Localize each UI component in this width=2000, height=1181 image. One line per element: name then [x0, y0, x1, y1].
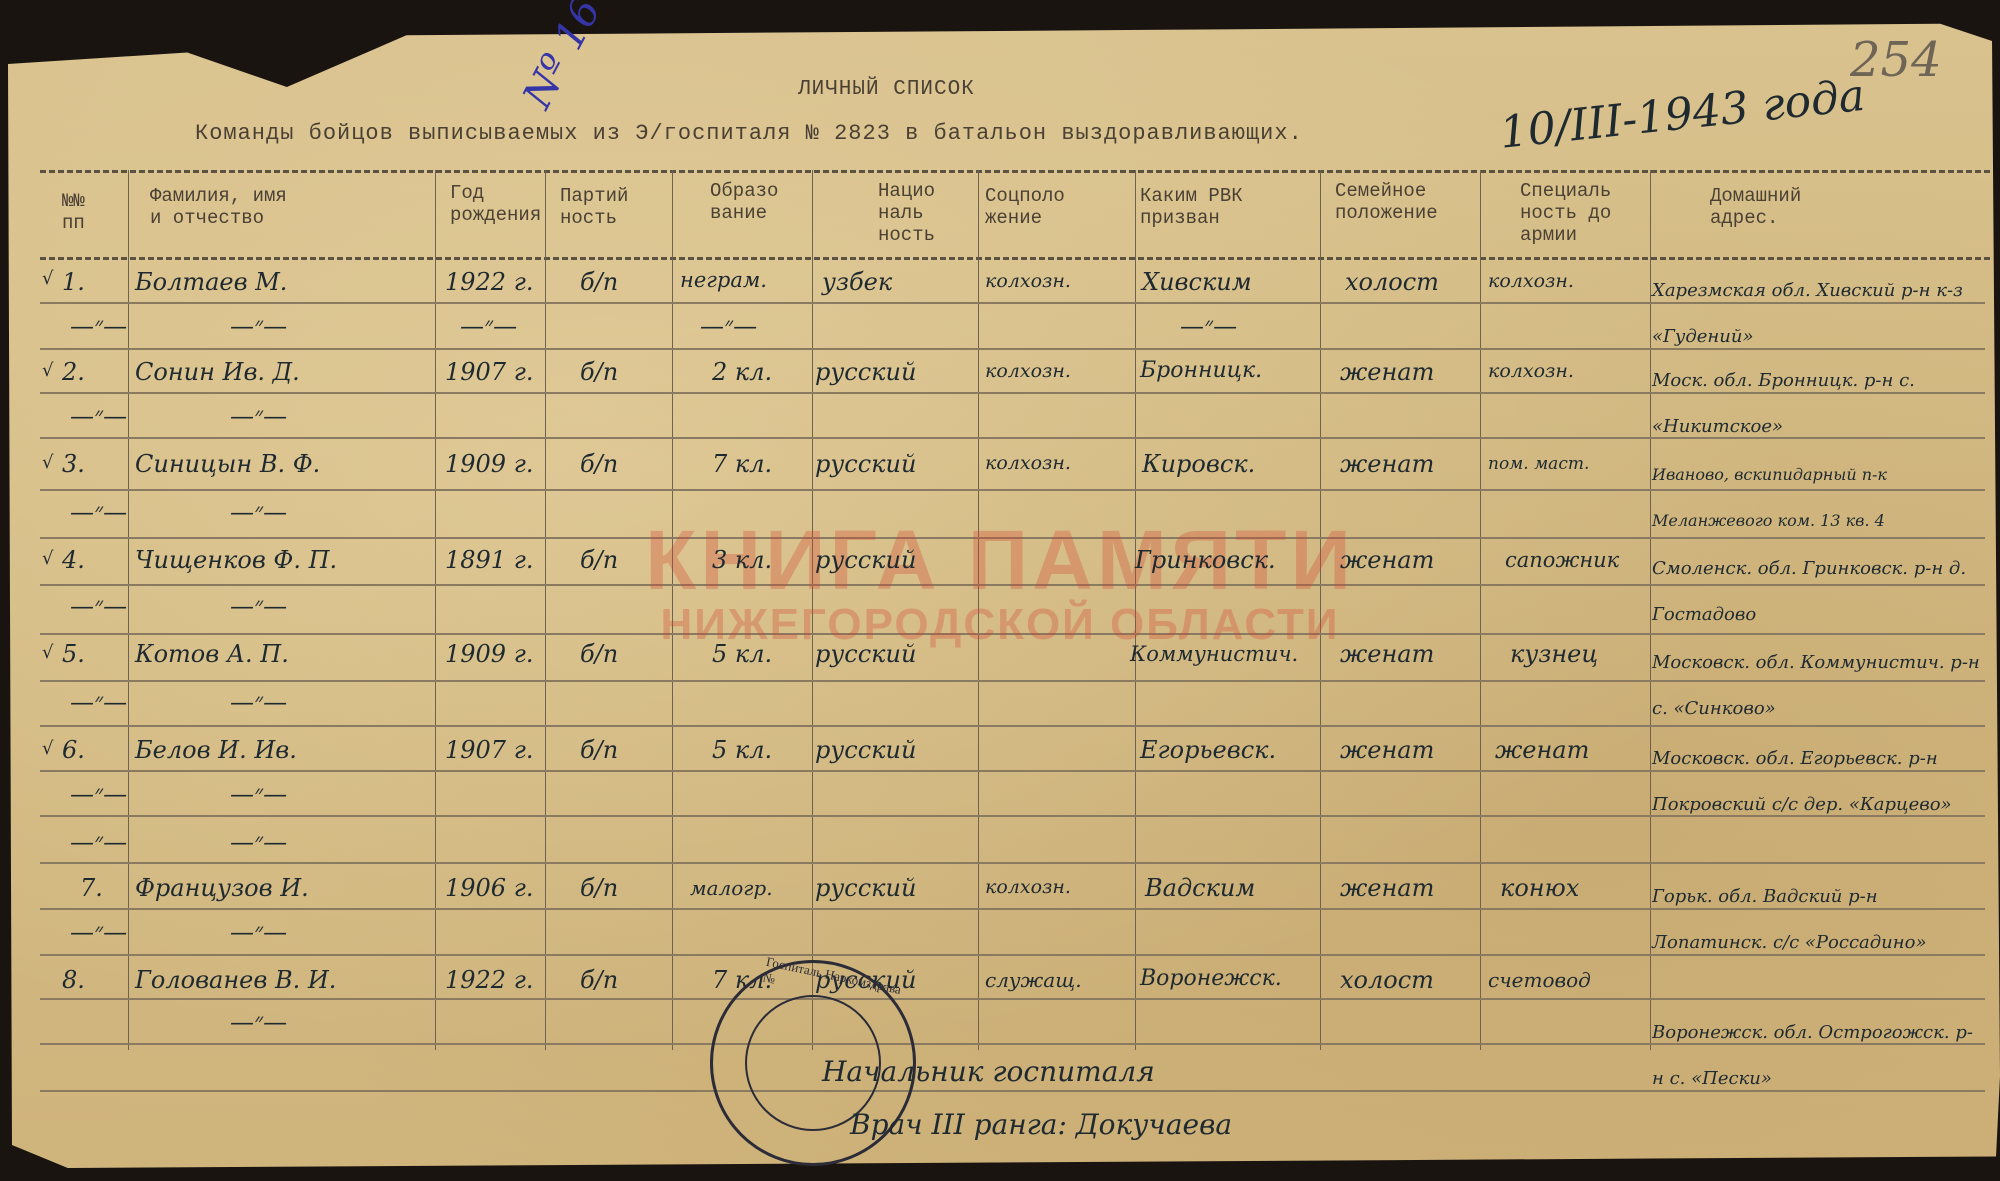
row-education: неграм. — [680, 268, 767, 292]
col-header-party: Партий ность — [560, 185, 628, 229]
row-line — [40, 998, 1985, 1000]
row-specialty: женат — [1495, 736, 1589, 764]
row-party: б/п — [580, 966, 618, 994]
row-number: 7. — [80, 874, 103, 902]
row-specialty: кузнец — [1510, 640, 1598, 668]
row-address: Московск. обл. Егорьевск. р-н Покровский… — [1652, 736, 1997, 828]
row-number: 6. — [62, 736, 85, 764]
row-name: Синицын В. Ф. — [135, 450, 320, 478]
ditto-mark: —״— — [700, 312, 757, 341]
row-rvk: Воронежск. — [1140, 966, 1282, 991]
row-social: служащ. — [985, 968, 1082, 992]
row-number: 3. — [62, 450, 85, 478]
document-subtitle: Команды бойцов выписываемых из Э/госпита… — [195, 121, 1303, 146]
row-rvk: Вадским — [1145, 874, 1255, 902]
row-year: 1907 г. — [445, 358, 533, 386]
col-header-rvk: Каким РВК призван — [1140, 185, 1243, 229]
ditto-mark: —״— — [70, 498, 127, 527]
row-number: 8. — [62, 966, 85, 994]
row-family: холост — [1345, 268, 1439, 296]
document-title: ЛИЧНЫЙ СПИСОК — [798, 78, 975, 101]
ditto-mark: —״— — [230, 828, 287, 857]
row-party: б/п — [580, 358, 618, 386]
ditto-mark: —״— — [70, 402, 127, 431]
signature-name: Врач III ранга: Докучаева — [850, 1108, 1232, 1141]
row-nationality: русский — [815, 736, 916, 764]
row-specialty: счетовод — [1488, 968, 1591, 992]
row-year: 1909 г. — [445, 640, 533, 668]
row-education: 3 кл. — [712, 546, 772, 574]
row-specialty: пом. маст. — [1488, 454, 1589, 474]
row-check: √ — [42, 452, 53, 473]
row-specialty: конюх — [1500, 874, 1579, 902]
row-check: √ — [42, 642, 53, 663]
ditto-mark: —״— — [230, 592, 287, 621]
row-family: женат — [1340, 546, 1434, 574]
row-family: женат — [1340, 358, 1434, 386]
col-header-nationality: Нацио наль ность — [878, 180, 935, 246]
col-header-year: Год рождения — [450, 182, 541, 226]
row-party: б/п — [580, 640, 618, 668]
row-year: 1906 г. — [445, 874, 533, 902]
row-number: 2. — [62, 358, 85, 386]
ditto-mark: —״— — [230, 1008, 287, 1037]
row-rvk: Бронницк. — [1140, 358, 1262, 383]
col-header-name: Фамилия, имя и отчество — [150, 185, 287, 229]
row-nationality: русский — [815, 450, 916, 478]
ditto-mark: —״— — [70, 592, 127, 621]
ditto-mark: —״— — [70, 828, 127, 857]
row-name: Французов И. — [135, 874, 309, 902]
row-nationality: русский — [815, 874, 916, 902]
row-nationality: русский — [815, 640, 916, 668]
row-rvk: Гринковск. — [1135, 546, 1276, 574]
row-social: колхозн. — [985, 360, 1071, 382]
ditto-mark: —״— — [70, 918, 127, 947]
row-name: Чищенков Ф. П. — [135, 546, 337, 574]
row-party: б/п — [580, 546, 618, 574]
col-header-specialty: Специаль ность до армии — [1520, 180, 1611, 246]
row-party: б/п — [580, 736, 618, 764]
row-address: Воронежск. обл. Острогожск. р-н с. «Песк… — [1652, 1010, 1982, 1102]
row-education: 5 кл. — [712, 640, 772, 668]
row-year: 1907 г. — [445, 736, 533, 764]
row-number: 1. — [62, 268, 85, 296]
row-education: малогр. — [690, 876, 773, 900]
ditto-mark: —״— — [230, 918, 287, 947]
ditto-mark: —״— — [230, 312, 287, 341]
row-nationality: узбек — [822, 268, 892, 296]
row-address: Московск. обл. Коммунистич. р-н с. «Синк… — [1652, 640, 1997, 732]
row-check: √ — [42, 738, 53, 759]
row-address: Моск. обл. Бронницк. р-н с. «Никитское» — [1652, 358, 1997, 450]
row-check: √ — [42, 548, 53, 569]
row-check: √ — [42, 268, 53, 289]
signature-title: Начальник госпиталя — [822, 1055, 1155, 1088]
ditto-mark: —״— — [70, 312, 127, 341]
row-education: 5 кл. — [712, 736, 772, 764]
row-specialty: колхозн. — [1488, 270, 1574, 292]
row-party: б/п — [580, 450, 618, 478]
ditto-mark: —״— — [70, 688, 127, 717]
row-party: б/п — [580, 874, 618, 902]
row-nationality: русский — [815, 546, 916, 574]
row-number: 4. — [62, 546, 85, 574]
watermark: КНИГА ПАМЯТИ НИЖЕГОРОДСКОЙ ОБЛАСТИ — [620, 520, 1380, 650]
row-education: 2 кл. — [712, 358, 772, 386]
row-family: женат — [1340, 874, 1434, 902]
row-year: 1909 г. — [445, 450, 533, 478]
row-check: √ — [42, 360, 53, 381]
row-address: Смоленск. обл. Гринковск. р-н д. Гостадо… — [1652, 546, 1997, 638]
row-family: женат — [1340, 450, 1434, 478]
row-name: Белов И. Ив. — [135, 736, 297, 764]
row-nationality: русский — [815, 358, 916, 386]
ditto-mark: —״— — [460, 312, 517, 341]
ditto-mark: —״— — [230, 498, 287, 527]
row-specialty: колхозн. — [1488, 360, 1574, 382]
pencil-page-number: 254 — [1850, 32, 1942, 88]
row-social: колхозн. — [985, 876, 1071, 898]
row-address: Харезмская обл. Хивский р-н к-з «Гудений… — [1652, 268, 1997, 360]
row-family: женат — [1340, 640, 1434, 668]
row-year: 1891 г. — [445, 546, 533, 574]
col-header-num: №№ пп — [62, 190, 85, 234]
header-top-rule — [40, 170, 1990, 173]
row-number: 5. — [62, 640, 85, 668]
ditto-mark: —״— — [1180, 312, 1237, 341]
row-rvk: Хивским — [1142, 268, 1252, 296]
row-address: Горьк. обл. Вадский р-н Лопатинск. с/с «… — [1652, 874, 1997, 966]
row-address: Иваново, вскипидарный п-к Меланжевого ко… — [1652, 452, 1997, 544]
row-name: Болтаев М. — [135, 268, 287, 296]
col-header-social: Соцполо жение — [985, 185, 1065, 229]
ditto-mark: —״— — [230, 780, 287, 809]
row-family: холост — [1340, 966, 1434, 994]
ditto-mark: —״— — [70, 780, 127, 809]
row-rvk: Егорьевск. — [1140, 736, 1276, 764]
row-education: 7 кл. — [712, 450, 772, 478]
row-party: б/п — [580, 268, 618, 296]
row-specialty: сапожник — [1505, 548, 1619, 572]
ditto-mark: —״— — [230, 688, 287, 717]
row-name: Сонин Ив. Д. — [135, 358, 300, 386]
row-name: Котов А. П. — [135, 640, 289, 668]
header-bottom-rule — [40, 257, 1990, 260]
row-social: колхозн. — [985, 270, 1071, 292]
row-rvk: Кировск. — [1142, 450, 1255, 478]
row-social: колхозн. — [985, 452, 1071, 474]
row-year: 1922 г. — [445, 268, 533, 296]
ditto-mark: —״— — [230, 402, 287, 431]
col-header-family: Семейное положение — [1335, 180, 1438, 224]
row-rvk: Коммунистич. — [1130, 642, 1298, 666]
row-family: женат — [1340, 736, 1434, 764]
col-header-education: Образо вание — [710, 180, 778, 224]
col-header-address: Домашний адрес. — [1710, 185, 1801, 229]
row-line — [40, 862, 1985, 864]
row-name: Голованев В. И. — [135, 966, 336, 994]
row-year: 1922 г. — [445, 966, 533, 994]
